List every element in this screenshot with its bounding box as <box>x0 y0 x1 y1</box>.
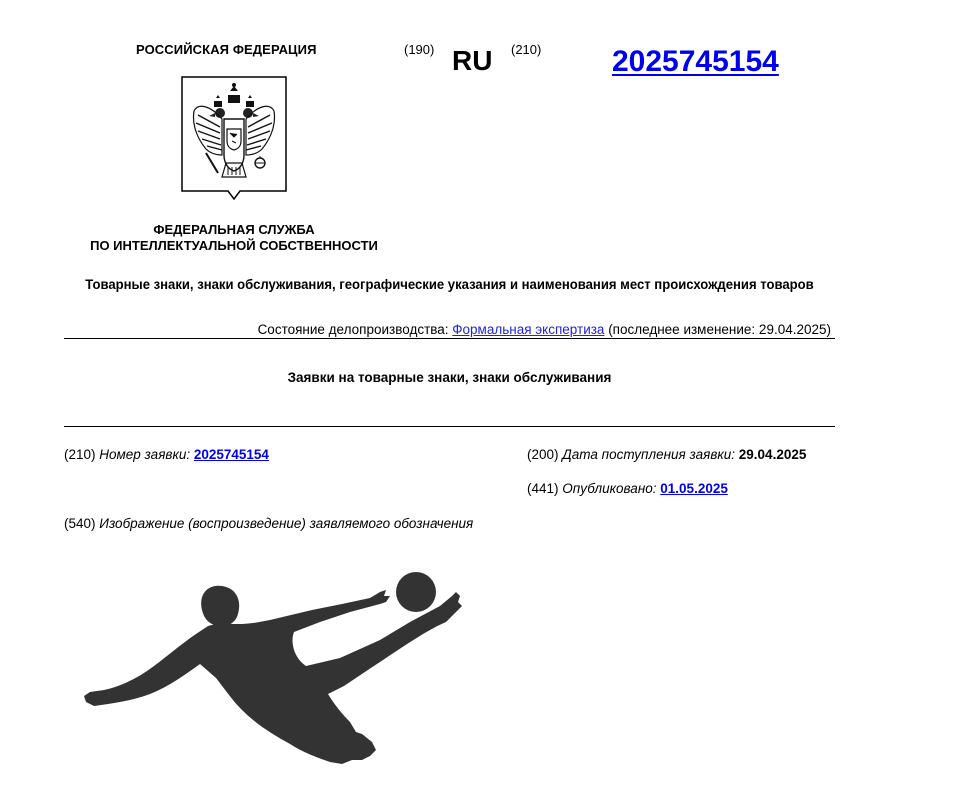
filing-date-value: 29.04.2025 <box>739 447 807 462</box>
published-field: (441) Опубликовано: 01.05.2025 <box>527 481 728 496</box>
field-label: Опубликовано: <box>562 481 656 496</box>
inid-code: (441) <box>527 481 562 496</box>
field-label: Номер заявки: <box>99 447 190 462</box>
agency-line-1: ФЕДЕРАЛЬНАЯ СЛУЖБА <box>64 222 404 238</box>
divider <box>64 426 835 427</box>
divider <box>64 338 835 339</box>
mark-image-field: (540) Изображение (воспроизведение) заяв… <box>64 516 473 531</box>
inid-code-210: (210) <box>511 42 541 57</box>
russian-coat-of-arms-icon <box>180 75 288 203</box>
inid-code: (540) <box>64 516 99 531</box>
status-value-link[interactable]: Формальная экспертиза <box>452 322 604 337</box>
case-status: Состояние делопроизводства: Формальная э… <box>64 322 831 337</box>
filing-date-field: (200) Дата поступления заявки: 29.04.202… <box>527 447 806 462</box>
inid-code: (200) <box>527 447 562 462</box>
section-title: Заявки на товарные знаки, знаки обслужив… <box>64 370 835 385</box>
status-last-change: (последнее изменение: 29.04.2025) <box>604 322 831 337</box>
country-name: РОССИЙСКАЯ ФЕДЕРАЦИЯ <box>136 42 317 57</box>
inid-code: (210) <box>64 447 99 462</box>
agency-line-2: ПО ИНТЕЛЛЕКТУАЛЬНОЙ СОБСТВЕННОСТИ <box>64 238 404 254</box>
registration-number-link[interactable]: 2025745154 <box>612 45 779 79</box>
publication-date-link[interactable]: 01.05.2025 <box>660 481 728 496</box>
field-label: Дата поступления заявки: <box>562 447 735 462</box>
agency-name: ФЕДЕРАЛЬНАЯ СЛУЖБА ПО ИНТЕЛЛЕКТУАЛЬНОЙ С… <box>64 222 404 254</box>
inid-code-190: (190) <box>404 42 434 57</box>
status-label: Состояние делопроизводства: <box>258 322 453 337</box>
field-label: Изображение (воспроизведение) заявляемог… <box>99 516 473 531</box>
application-number-field: (210) Номер заявки: 2025745154 <box>64 447 269 462</box>
trademark-image <box>80 562 472 787</box>
application-number-link[interactable]: 2025745154 <box>194 447 269 462</box>
category-title: Товарные знаки, знаки обслуживания, геог… <box>76 277 824 293</box>
country-code: RU <box>452 45 492 77</box>
